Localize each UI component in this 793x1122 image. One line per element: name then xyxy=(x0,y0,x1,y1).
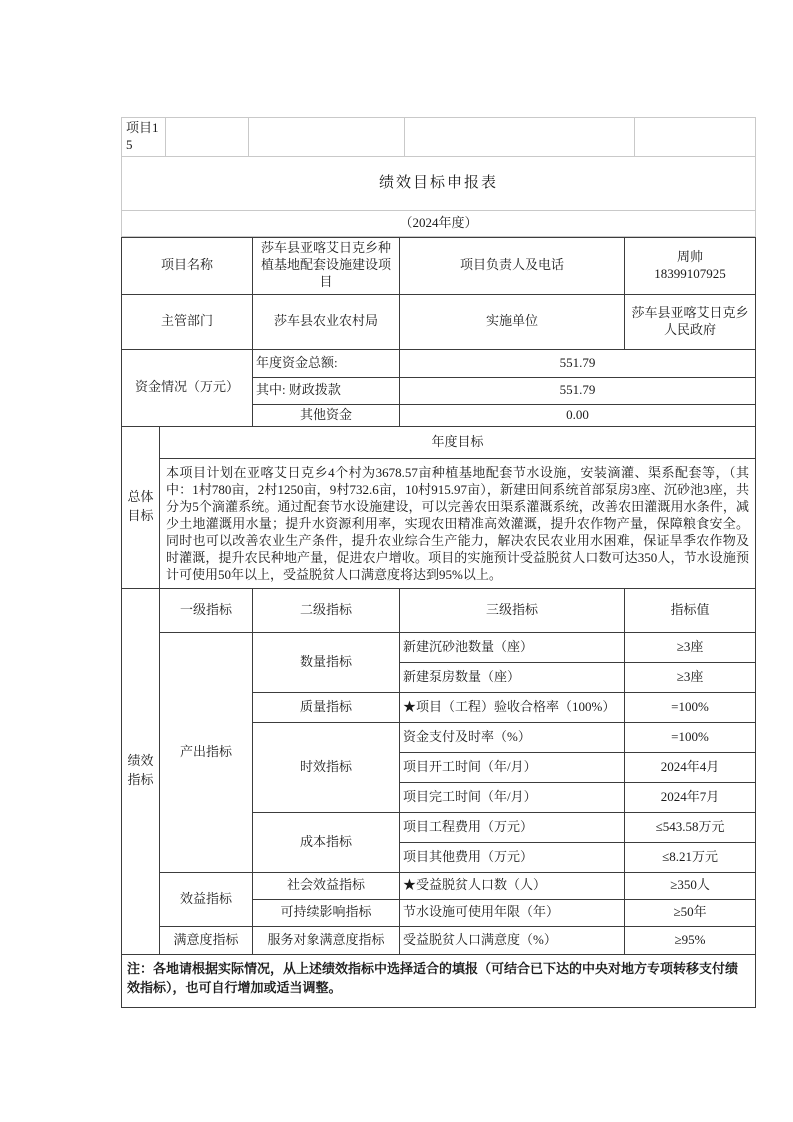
empty-cell xyxy=(405,118,635,157)
funding-item-value: 551.79 xyxy=(400,349,756,377)
impl-label: 实施单位 xyxy=(400,294,625,349)
value-cell: ≥95% xyxy=(625,926,756,954)
level2-cell: 数量指标 xyxy=(253,632,400,692)
level3-cell: 新建泵房数量（座） xyxy=(400,662,625,692)
form-table: 项目名称 莎车县亚喀艾日克乡种植基地配套设施建设项目 项目负责人及电话 周帅 1… xyxy=(121,237,756,1008)
indicator-row: 产出指标 数量指标 新建沉砂池数量（座） ≥3座 xyxy=(122,632,756,662)
funding-label: 资金情况（万元） xyxy=(122,349,253,426)
level3-cell: 项目其他费用（万元） xyxy=(400,842,625,872)
document-page: 项目15 绩效目标申报表 （2024年度） 项目名称 莎车县亚喀艾日克乡种植基地… xyxy=(0,0,793,1122)
form-year: （2024年度） xyxy=(122,210,756,236)
empty-cell xyxy=(635,118,756,157)
note-row: 注：各地请根据实际情况，从上述绩效指标中选择适合的填报（可结合已下达的中央对地方… xyxy=(122,954,756,1007)
value-cell: ≥50年 xyxy=(625,899,756,926)
value-cell: ≥3座 xyxy=(625,632,756,662)
level3-cell: 资金支付及时率（%） xyxy=(400,722,625,752)
value-cell: =100% xyxy=(625,692,756,722)
dept-row: 主管部门 莎车县农业农村局 实施单位 莎车县亚喀艾日克乡人民政府 xyxy=(122,294,756,349)
level2-cell: 可持续影响指标 xyxy=(253,899,400,926)
level3-cell: ★受益脱贫人口数（人） xyxy=(400,872,625,899)
dept-value: 莎车县农业农村局 xyxy=(253,294,400,349)
indicator-header-row: 绩效指标 一级指标 二级指标 三级指标 指标值 xyxy=(122,588,756,632)
value-cell: ≤543.58万元 xyxy=(625,812,756,842)
project-name-row: 项目名称 莎车县亚喀艾日克乡种植基地配套设施建设项目 项目负责人及电话 周帅 1… xyxy=(122,237,756,294)
project-tag-row: 项目15 xyxy=(122,118,756,157)
value-cell: ≤8.21万元 xyxy=(625,842,756,872)
form-title: 绩效目标申报表 xyxy=(122,156,756,210)
funding-item-value: 0.00 xyxy=(400,404,756,426)
empty-cell xyxy=(166,118,249,157)
level1-cell: 产出指标 xyxy=(160,632,253,872)
annual-goal-header: 年度目标 xyxy=(160,426,756,458)
annual-goal-text: 本项目计划在亚喀艾日克乡4个村为3678.57亩种植基地配套节水设施，安装滴灌、… xyxy=(160,458,756,588)
col-header-level1: 一级指标 xyxy=(160,588,253,632)
funding-item-value: 551.79 xyxy=(400,377,756,404)
title-row: 绩效目标申报表 xyxy=(122,156,756,210)
annual-goal-header-row: 总体目标 年度目标 xyxy=(122,426,756,458)
leader-name: 周帅 xyxy=(628,249,752,266)
level1-cell: 满意度指标 xyxy=(160,926,253,954)
project-name-value: 莎车县亚喀艾日克乡种植基地配套设施建设项目 xyxy=(253,237,400,294)
value-cell: =100% xyxy=(625,722,756,752)
funding-item-label: 其中: 财政拨款 xyxy=(253,377,400,404)
title-section: 项目15 绩效目标申报表 （2024年度） xyxy=(121,117,756,237)
level3-cell: 新建沉砂池数量（座） xyxy=(400,632,625,662)
year-row: （2024年度） xyxy=(122,210,756,236)
col-header-level3: 三级指标 xyxy=(400,588,625,632)
col-header-value: 指标值 xyxy=(625,588,756,632)
funding-item-label: 其他资金 xyxy=(253,404,400,426)
level3-cell: ★项目（工程）验收合格率（100%） xyxy=(400,692,625,722)
leader-value: 周帅 18399107925 xyxy=(625,237,756,294)
indicator-row: 效益指标 社会效益指标 ★受益脱贫人口数（人） ≥350人 xyxy=(122,872,756,899)
indicator-row: 满意度指标 服务对象满意度指标 受益脱贫人口满意度（%） ≥95% xyxy=(122,926,756,954)
impl-value: 莎车县亚喀艾日克乡人民政府 xyxy=(625,294,756,349)
level2-cell: 质量指标 xyxy=(253,692,400,722)
level3-cell: 项目工程费用（万元） xyxy=(400,812,625,842)
level2-cell: 服务对象满意度指标 xyxy=(253,926,400,954)
level3-cell: 项目完工时间（年/月） xyxy=(400,782,625,812)
level2-cell: 社会效益指标 xyxy=(253,872,400,899)
level3-cell: 受益脱贫人口满意度（%） xyxy=(400,926,625,954)
level1-cell: 效益指标 xyxy=(160,872,253,926)
value-cell: ≥3座 xyxy=(625,662,756,692)
col-header-level2: 二级指标 xyxy=(253,588,400,632)
funding-row: 资金情况（万元） 年度资金总额: 551.79 xyxy=(122,349,756,377)
indicators-label: 绩效指标 xyxy=(122,588,160,954)
value-cell: 2024年7月 xyxy=(625,782,756,812)
level2-cell: 成本指标 xyxy=(253,812,400,872)
form-content: 项目15 绩效目标申报表 （2024年度） 项目名称 莎车县亚喀艾日克乡种植基地… xyxy=(121,117,757,1008)
dept-label: 主管部门 xyxy=(122,294,253,349)
value-cell: 2024年4月 xyxy=(625,752,756,782)
level2-cell: 时效指标 xyxy=(253,722,400,812)
overall-goal-label: 总体目标 xyxy=(122,426,160,588)
project-name-label: 项目名称 xyxy=(122,237,253,294)
leader-label: 项目负责人及电话 xyxy=(400,237,625,294)
project-tag: 项目15 xyxy=(122,118,166,157)
note-text: 注：各地请根据实际情况，从上述绩效指标中选择适合的填报（可结合已下达的中央对地方… xyxy=(122,954,756,1007)
level3-cell: 项目开工时间（年/月） xyxy=(400,752,625,782)
value-cell: ≥350人 xyxy=(625,872,756,899)
leader-phone: 18399107925 xyxy=(628,266,752,283)
level3-cell: 节水设施可使用年限（年） xyxy=(400,899,625,926)
annual-goal-text-row: 本项目计划在亚喀艾日克乡4个村为3678.57亩种植基地配套节水设施，安装滴灌、… xyxy=(122,458,756,588)
empty-cell xyxy=(249,118,405,157)
funding-item-label: 年度资金总额: xyxy=(253,349,400,377)
